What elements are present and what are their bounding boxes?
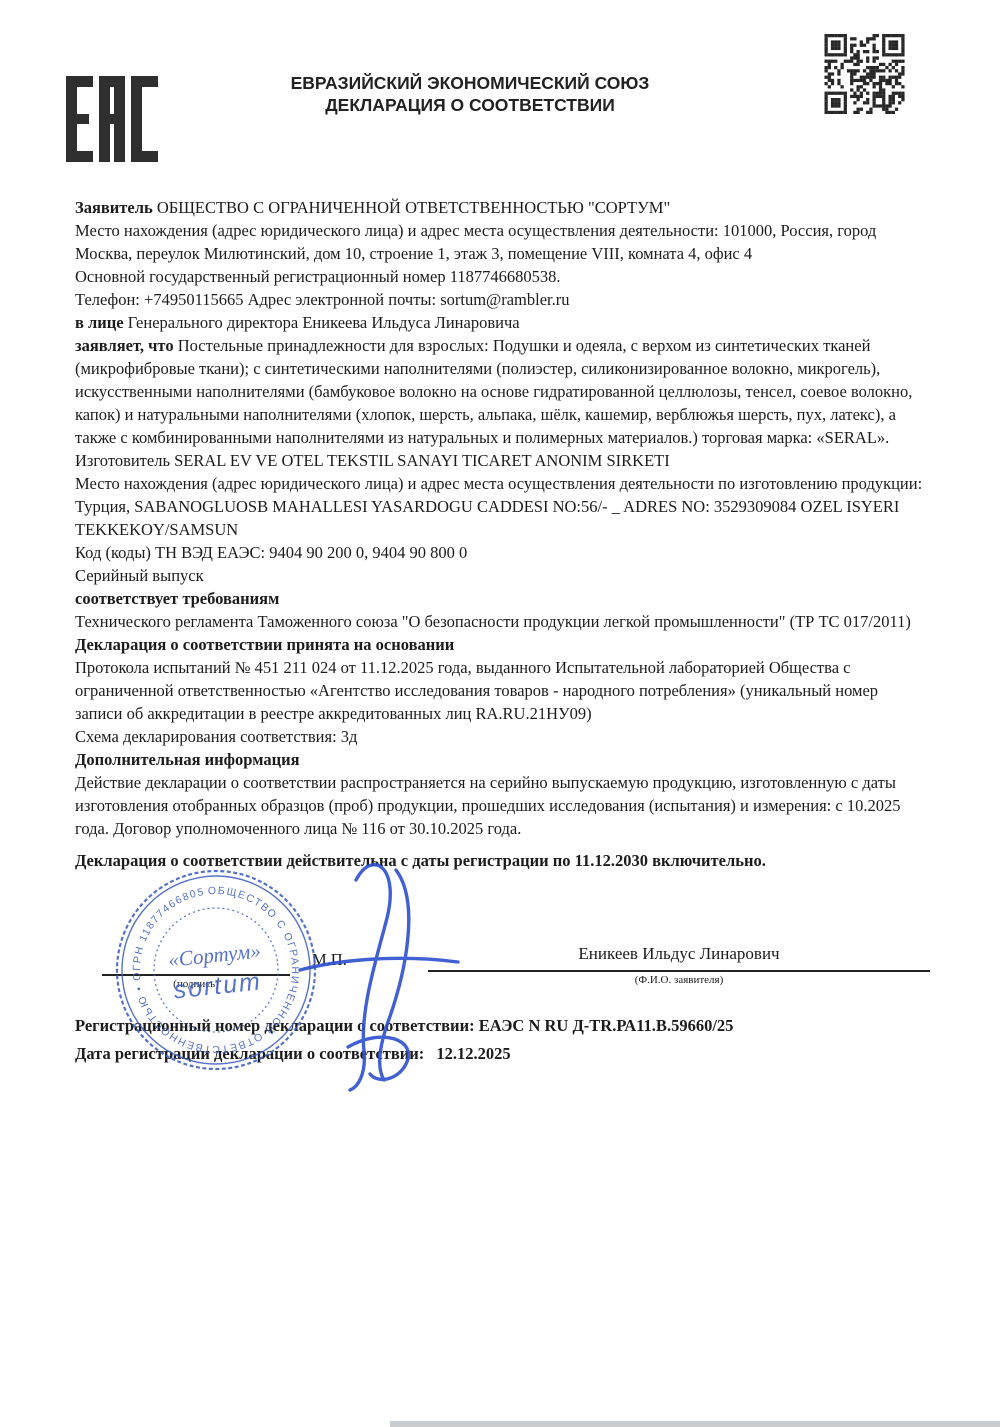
declares-label: заявляет, что [75,336,174,355]
ogrn-line: Основной государственный регистрационный… [75,265,927,288]
in-person-line: в лице Генерального директора Еникеева И… [75,311,927,334]
manufacturer-line: Изготовитель SERAL EV VE OTEL TEKSTIL SA… [75,449,927,472]
basis-heading: Декларация о соответствии принята на осн… [75,633,927,656]
applicant-address: Место нахождения (адрес юридического лиц… [75,219,927,265]
qr-code [822,34,907,114]
eac-logo [66,76,158,162]
title-line-2: ДЕКЛАРАЦИЯ О СООТВЕТСТВИИ [200,94,740,116]
manufacturer-address: Место нахождения (адрес юридического лиц… [75,472,927,541]
applicant-name: Еникеев Ильдус Линарович [428,944,930,964]
applicant-label: Заявитель [75,198,153,217]
declaration-document: ЕВРАЗИЙСКИЙ ЭКОНОМИЧЕСКИЙ СОЮЗ ДЕКЛАРАЦИ… [0,0,1000,1427]
registration-number-value: ЕАЭС N RU Д-TR.РА11.В.59660/25 [479,1016,734,1035]
tnved-line: Код (коды) ТН ВЭД ЕАЭС: 9404 90 200 0, 9… [75,541,927,564]
declares-line: заявляет, что Постельные принадлежности … [75,334,927,449]
protocol-line: Протокола испытаний № 451 211 024 от 11.… [75,656,927,725]
stamp-center-latin: sortum [172,967,263,1004]
in-person-label: в лице [75,313,124,332]
name-caption: (Ф.И.О. заявителя) [428,974,930,986]
scheme-line: Схема декларирования соответствия: 3д [75,725,927,748]
handwritten-signature [278,852,488,1097]
additional-text: Действие декларации о соответствии распр… [75,771,927,840]
serial-line: Серийный выпуск [75,564,927,587]
applicant-line: Заявитель ОБЩЕСТВО С ОГРАНИЧЕННОЙ ОТВЕТС… [75,196,927,219]
title-line-1: ЕВРАЗИЙСКИЙ ЭКОНОМИЧЕСКИЙ СОЮЗ [200,72,740,94]
meets-heading: соответствует требованиям [75,587,927,610]
scan-artifact-bar [390,1421,1000,1427]
stamp-center-name: «Сортум» [167,938,262,972]
name-line [428,970,930,972]
document-title: ЕВРАЗИЙСКИЙ ЭКОНОМИЧЕСКИЙ СОЮЗ ДЕКЛАРАЦИ… [200,72,740,116]
document-body: Заявитель ОБЩЕСТВО С ОГРАНИЧЕННОЙ ОТВЕТС… [75,196,927,872]
contacts-line: Телефон: +74950115665 Адрес электронной … [75,288,927,311]
tech-reg-line: Технического регламента Таможенного союз… [75,610,927,633]
additional-heading: Дополнительная информация [75,748,927,771]
